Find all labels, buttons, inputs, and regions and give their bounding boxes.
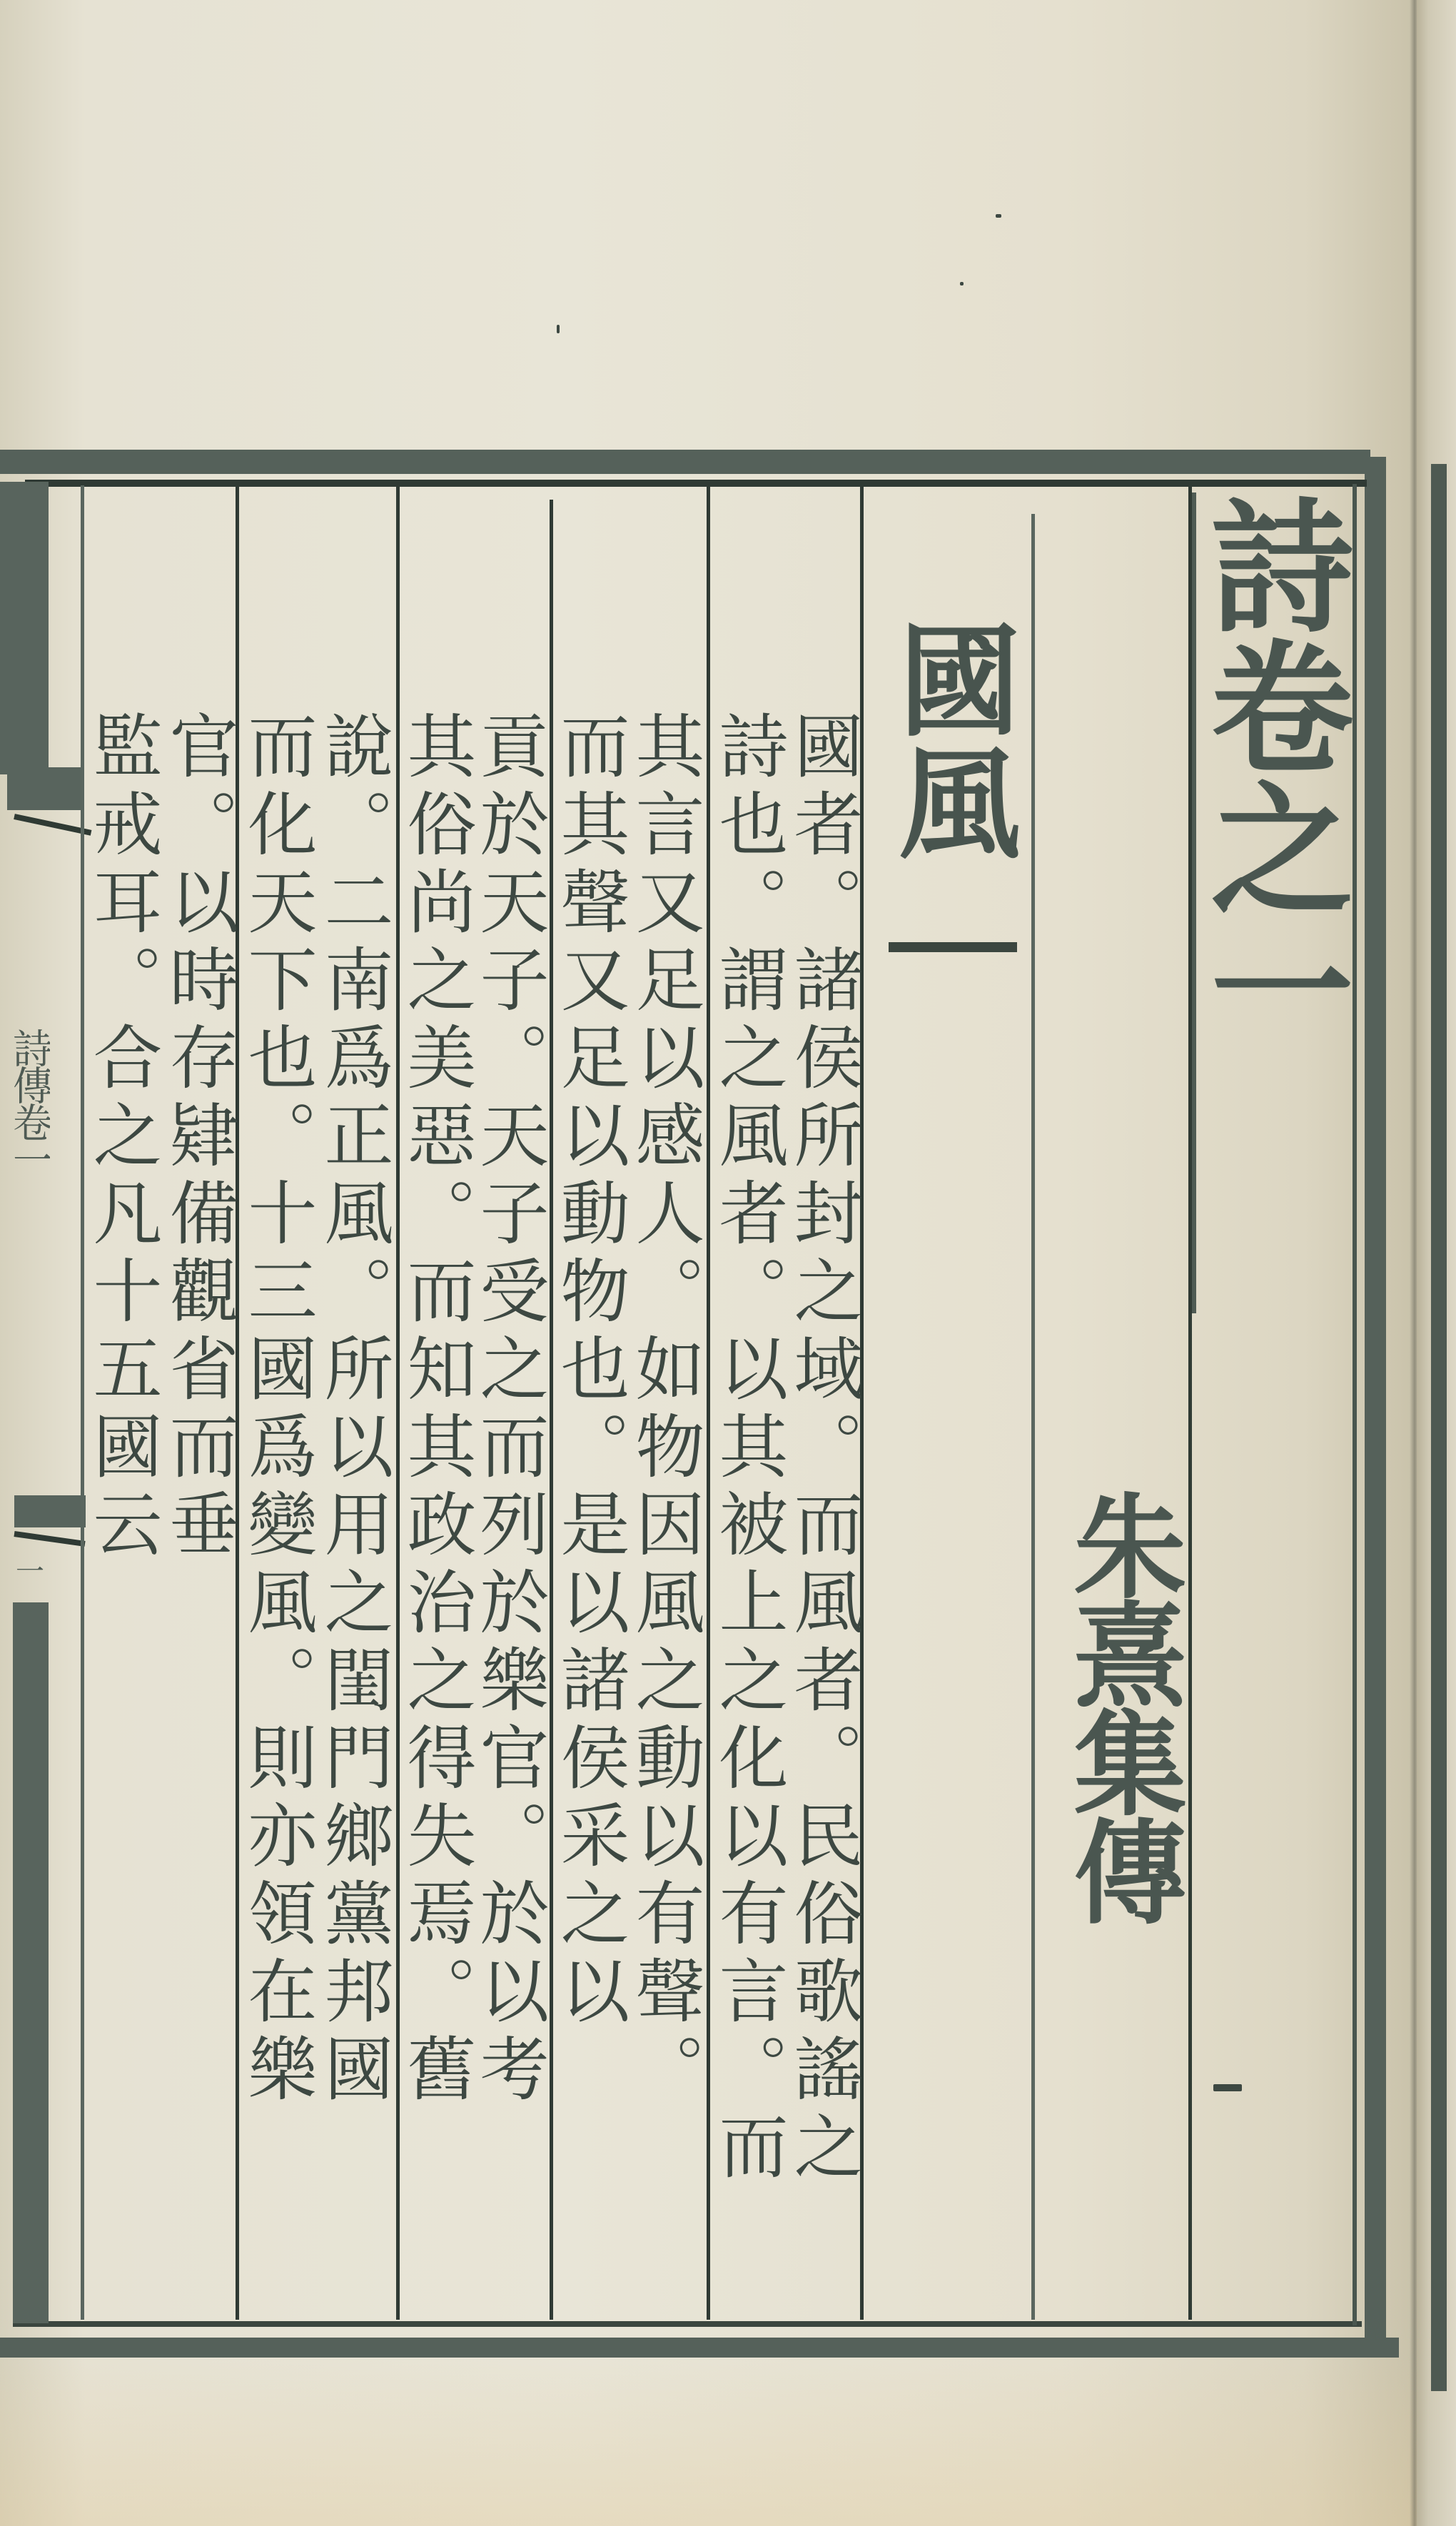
banxin-black-mouth-bottom	[13, 1602, 49, 2323]
ink-speck	[1213, 2084, 1242, 2091]
volume-title: 詩卷之一	[1199, 492, 1342, 1058]
body-text-column: 而化天下也。十三國爲變風。則亦領在樂	[239, 710, 314, 2316]
section-number-stroke	[889, 942, 1017, 952]
adjacent-leaf-frame	[1431, 464, 1447, 2391]
banxin-black-mouth-top	[0, 482, 49, 774]
fishtail-top	[7, 767, 82, 810]
body-text-column: 官。以時存肄備觀省而垂	[161, 710, 236, 2316]
body-text-column: 其言又足以感人。如物因風之動以有聲。	[627, 710, 702, 2316]
column-rule	[1031, 514, 1035, 2320]
body-text-column: 監戒耳。合之凡十五國云	[84, 710, 159, 2316]
body-text-column: 說。二南爲正風。所以用之閨門鄉黨邦國	[315, 710, 390, 2316]
frame-outer-top	[0, 450, 1370, 474]
frame-inner-bottom	[13, 2321, 1362, 2327]
ink-speck	[996, 214, 1001, 218]
ink-speck	[960, 282, 964, 286]
body-text-column: 詩也。謂之風者。以其被上之化以有言。而	[710, 710, 785, 2316]
body-text-column: 國者。諸侯所封之域。而風者。民俗歌謠之	[785, 710, 860, 2316]
section-heading: 國風	[867, 617, 1031, 863]
ink-speck	[557, 325, 560, 333]
banxin-title: 詩傳卷一	[9, 1028, 50, 1285]
paper-stain	[0, 2355, 1417, 2526]
author-attribution: 朱熹集傳	[1042, 1488, 1192, 1922]
body-text-column: 而其聲又足以動物也。是以諸侯采之以	[552, 710, 627, 2316]
fishtail-bottom	[14, 1495, 86, 1527]
banxin-page-number: 一	[16, 1549, 44, 1590]
frame-inner-top	[25, 480, 1367, 487]
frame-outer-bottom	[0, 2338, 1399, 2358]
frame-outer-right	[1365, 457, 1386, 2355]
body-text-column: 其俗尚之美惡。而知其政治之得失焉。舊	[398, 710, 473, 2316]
body-text-column: 貢於天子。天子受之而列於樂官。於以考	[471, 710, 546, 2316]
